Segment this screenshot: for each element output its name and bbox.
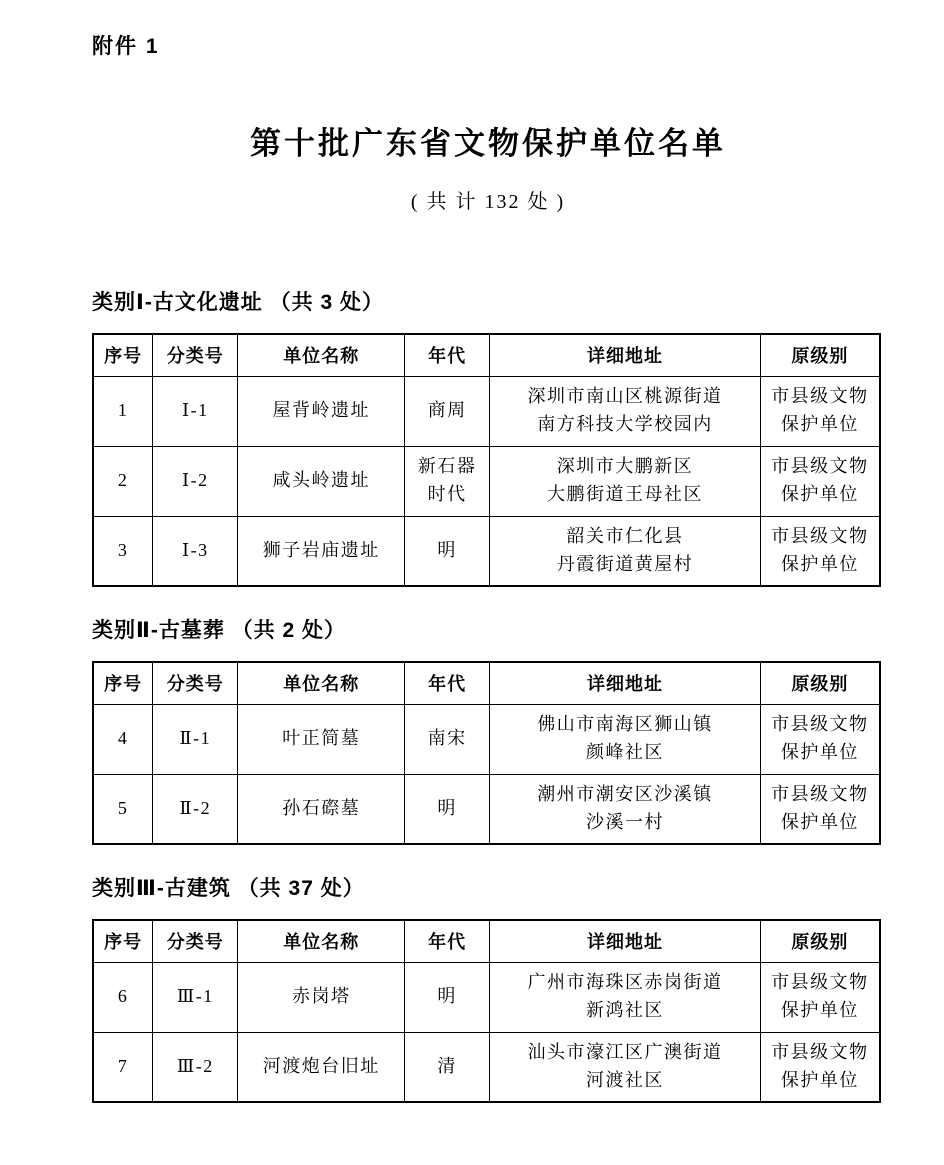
column-header-name: 单位名称 (238, 334, 405, 376)
cell-class-no: Ⅱ-2 (153, 774, 238, 844)
cell-address: 韶关市仁化县 丹霞街道黄屋村 (490, 516, 761, 586)
table-row: 3 Ⅰ-3 狮子岩庙遗址 明 韶关市仁化县 丹霞街道黄屋村 市县级文物 保护单位 (93, 516, 880, 586)
cell-address: 深圳市南山区桃源街道 南方科技大学校园内 (490, 376, 761, 446)
cell-level: 市县级文物 保护单位 (760, 774, 880, 844)
column-header-era: 年代 (405, 334, 490, 376)
table-row: 7 Ⅲ-2 河渡炮台旧址 清 汕头市濠江区广澳街道 河渡社区 市县级文物 保护单… (93, 1032, 880, 1102)
cell-seq: 5 (93, 774, 153, 844)
table-row: 6 Ⅲ-1 赤岗塔 明 广州市海珠区赤岗街道 新鸿社区 市县级文物 保护单位 (93, 962, 880, 1032)
cell-era: 清 (405, 1032, 490, 1102)
attachment-label: 附件 1 (92, 30, 884, 60)
relics-table-category-3: 序号 分类号 单位名称 年代 详细地址 原级别 6 Ⅲ-1 赤岗塔 明 广州市海… (92, 919, 881, 1103)
cell-class-no: Ⅲ-2 (153, 1032, 238, 1102)
table-row: 1 Ⅰ-1 屋背岭遗址 商周 深圳市南山区桃源街道 南方科技大学校园内 市县级文… (93, 376, 880, 446)
table-row: 4 Ⅱ-1 叶正简墓 南宋 佛山市南海区狮山镇 颜峰社区 市县级文物 保护单位 (93, 704, 880, 774)
cell-name: 河渡炮台旧址 (238, 1032, 405, 1102)
column-header-seq: 序号 (93, 920, 153, 962)
column-header-level: 原级别 (760, 920, 880, 962)
cell-name: 赤岗塔 (238, 962, 405, 1032)
cell-era: 南宋 (405, 704, 490, 774)
cell-level: 市县级文物 保护单位 (760, 962, 880, 1032)
cell-era: 新石器 时代 (405, 446, 490, 516)
column-header-level: 原级别 (760, 334, 880, 376)
cell-seq: 1 (93, 376, 153, 446)
cell-era: 明 (405, 516, 490, 586)
column-header-address: 详细地址 (490, 920, 761, 962)
table-header-row: 序号 分类号 单位名称 年代 详细地址 原级别 (93, 920, 880, 962)
cell-level: 市县级文物 保护单位 (760, 516, 880, 586)
table-row: 5 Ⅱ-2 孙石磜墓 明 潮州市潮安区沙溪镇 沙溪一村 市县级文物 保护单位 (93, 774, 880, 844)
cell-class-no: Ⅰ-2 (153, 446, 238, 516)
column-header-class-no: 分类号 (153, 662, 238, 704)
cell-era: 明 (405, 962, 490, 1032)
relics-table-category-2: 序号 分类号 单位名称 年代 详细地址 原级别 4 Ⅱ-1 叶正简墓 南宋 佛山… (92, 661, 881, 845)
cell-name: 咸头岭遗址 (238, 446, 405, 516)
column-header-address: 详细地址 (490, 334, 761, 376)
cell-seq: 3 (93, 516, 153, 586)
table-header-row: 序号 分类号 单位名称 年代 详细地址 原级别 (93, 334, 880, 376)
cell-era: 商周 (405, 376, 490, 446)
cell-seq: 6 (93, 962, 153, 1032)
cell-seq: 4 (93, 704, 153, 774)
table-row: 2 Ⅰ-2 咸头岭遗址 新石器 时代 深圳市大鹏新区 大鹏街道王母社区 市县级文… (93, 446, 880, 516)
column-header-name: 单位名称 (238, 920, 405, 962)
column-header-seq: 序号 (93, 334, 153, 376)
column-header-class-no: 分类号 (153, 920, 238, 962)
document-page: 附件 1 第十批广东省文物保护单位名单 ( 共 计 132 处 ) 类别Ⅰ-古文… (0, 0, 944, 1165)
cell-seq: 2 (93, 446, 153, 516)
column-header-name: 单位名称 (238, 662, 405, 704)
page-subtitle: ( 共 计 132 处 ) (92, 185, 884, 214)
column-header-address: 详细地址 (490, 662, 761, 704)
cell-class-no: Ⅲ-1 (153, 962, 238, 1032)
cell-level: 市县级文物 保护单位 (760, 1032, 880, 1102)
cell-seq: 7 (93, 1032, 153, 1102)
section-heading-category-2: 类别Ⅱ-古墓葬 （共 2 处） (92, 614, 884, 644)
cell-address: 广州市海珠区赤岗街道 新鸿社区 (490, 962, 761, 1032)
cell-address: 汕头市濠江区广澳街道 河渡社区 (490, 1032, 761, 1102)
cell-address: 潮州市潮安区沙溪镇 沙溪一村 (490, 774, 761, 844)
column-header-seq: 序号 (93, 662, 153, 704)
cell-level: 市县级文物 保护单位 (760, 704, 880, 774)
cell-class-no: Ⅰ-3 (153, 516, 238, 586)
table-header-row: 序号 分类号 单位名称 年代 详细地址 原级别 (93, 662, 880, 704)
cell-level: 市县级文物 保护单位 (760, 376, 880, 446)
cell-era: 明 (405, 774, 490, 844)
cell-name: 屋背岭遗址 (238, 376, 405, 446)
cell-class-no: Ⅰ-1 (153, 376, 238, 446)
cell-class-no: Ⅱ-1 (153, 704, 238, 774)
cell-name: 叶正简墓 (238, 704, 405, 774)
column-header-era: 年代 (405, 920, 490, 962)
cell-level: 市县级文物 保护单位 (760, 446, 880, 516)
cell-address: 佛山市南海区狮山镇 颜峰社区 (490, 704, 761, 774)
cell-name: 狮子岩庙遗址 (238, 516, 405, 586)
section-heading-category-1: 类别Ⅰ-古文化遗址 （共 3 处） (92, 286, 884, 316)
cell-name: 孙石磜墓 (238, 774, 405, 844)
relics-table-category-1: 序号 分类号 单位名称 年代 详细地址 原级别 1 Ⅰ-1 屋背岭遗址 商周 深… (92, 333, 881, 587)
column-header-level: 原级别 (760, 662, 880, 704)
column-header-era: 年代 (405, 662, 490, 704)
page-title: 第十批广东省文物保护单位名单 (92, 118, 884, 163)
section-heading-category-3: 类别Ⅲ-古建筑 （共 37 处） (92, 872, 884, 902)
cell-address: 深圳市大鹏新区 大鹏街道王母社区 (490, 446, 761, 516)
column-header-class-no: 分类号 (153, 334, 238, 376)
